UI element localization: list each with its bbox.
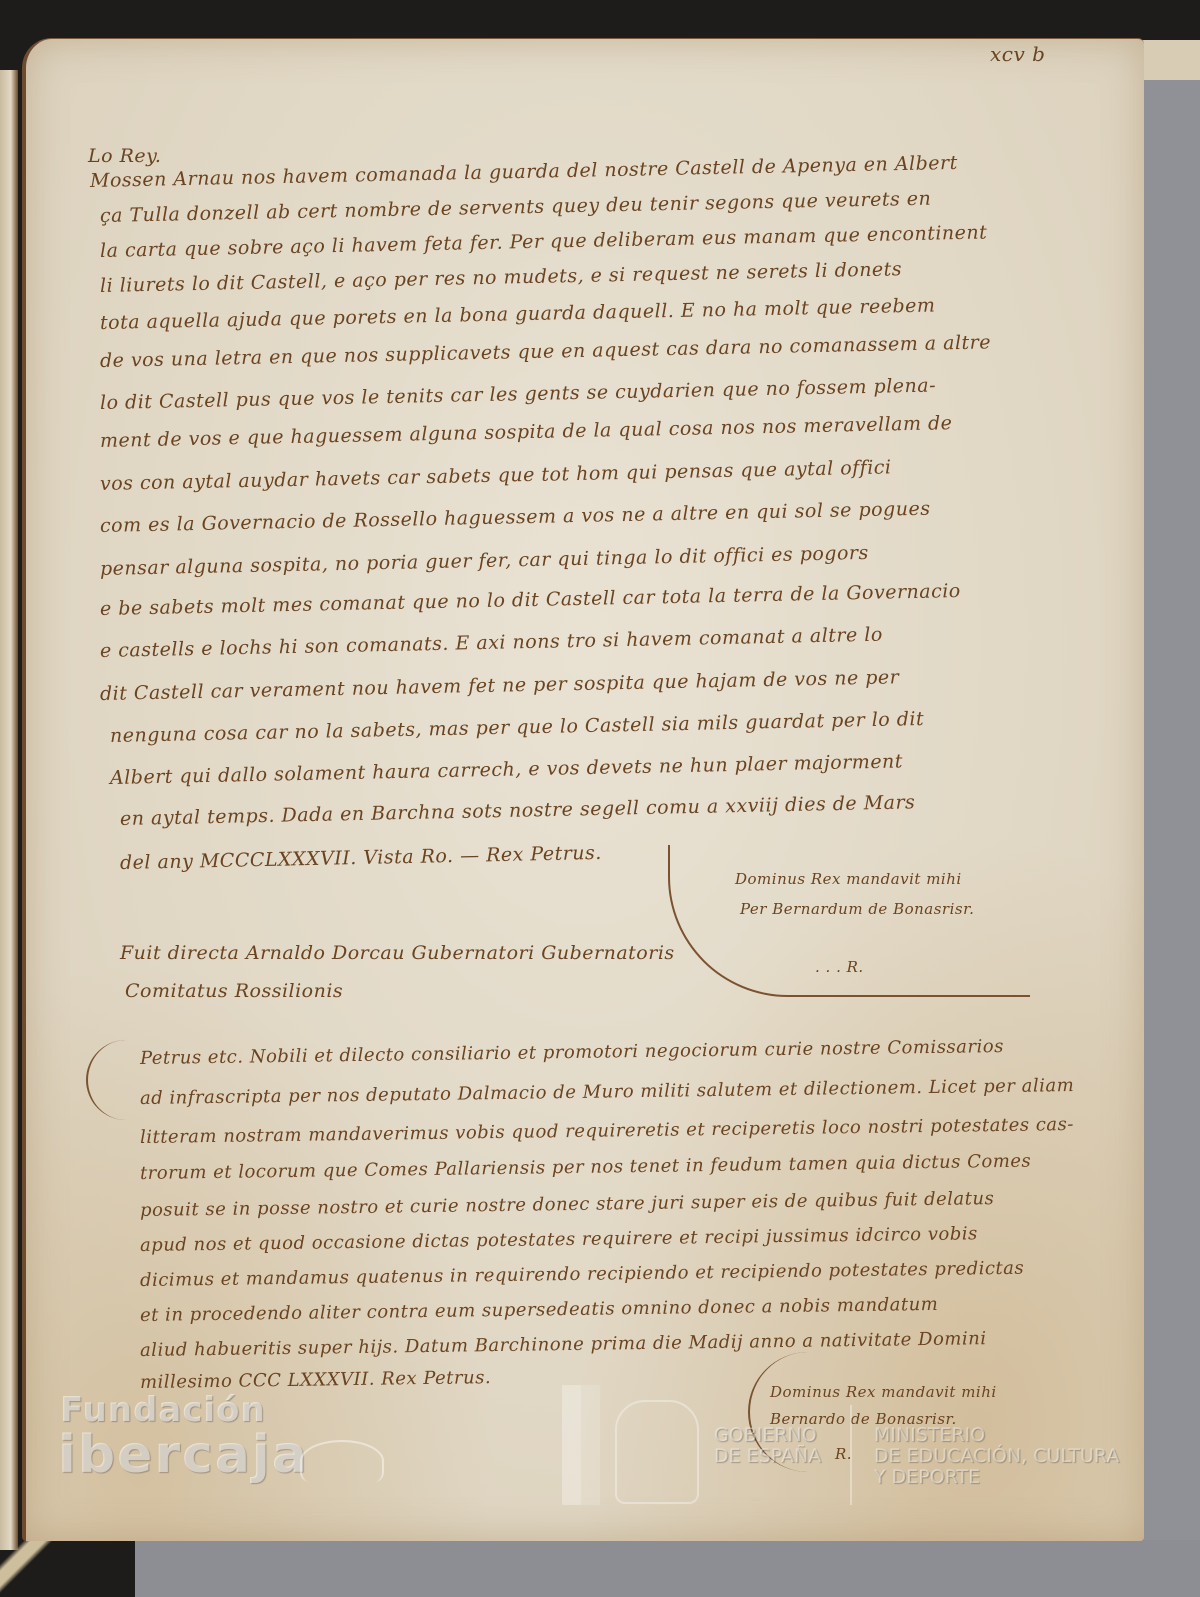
note-line: Fuit directa Arnaldo Dorcau Gubernatori … — [120, 942, 675, 964]
watermark-educacion-cultura: DE EDUCACIÓN, CULTURA — [874, 1445, 1119, 1467]
watermark-fundacion: Fundación — [60, 1390, 266, 1430]
watermark-divider — [850, 1405, 852, 1505]
watermark-ibercaja: ibercaja — [58, 1425, 309, 1485]
signature-line: . . . R. — [815, 958, 864, 976]
ibercaja-logo-icon — [300, 1440, 384, 1482]
watermark-gobierno: GOBIERNO — [714, 1424, 817, 1446]
folio-number: xcv b — [990, 42, 1045, 66]
signature-line: Dominus Rex mandavit mihi — [770, 1383, 997, 1401]
watermark-ministerio: MINISTERIO — [874, 1424, 985, 1446]
watermark-deporte: Y DEPORTE — [874, 1466, 980, 1488]
signature-line: Per Bernardum de Bonasrisr. — [740, 900, 974, 918]
letter-heading: Lo Rey. — [88, 145, 161, 167]
watermark-de-espana: DE ESPAÑA — [714, 1445, 821, 1467]
signature-line: Dominus Rex mandavit mihi — [735, 870, 962, 888]
previous-page-edge — [0, 70, 18, 1550]
gray-backing-board-bottom — [135, 1540, 1200, 1597]
coat-of-arms-icon — [615, 1400, 699, 1504]
note-line: Comitatus Rossilionis — [125, 980, 343, 1002]
spain-flag-icon — [562, 1385, 600, 1505]
